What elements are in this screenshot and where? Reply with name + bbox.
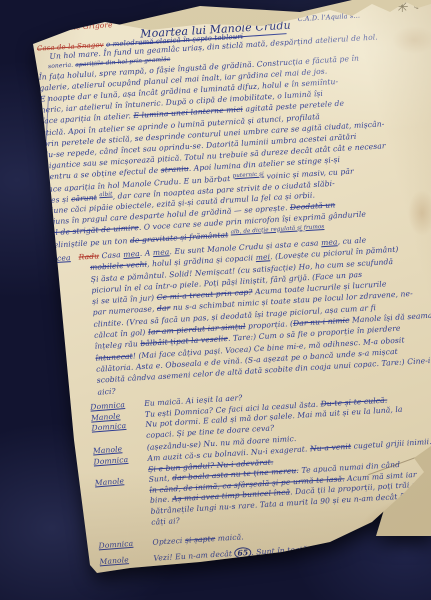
ink-text: albit [99, 191, 113, 198]
ink-text: și șapte [185, 534, 216, 545]
margin-note-2: Cu ai casei — la cca 3 zile de-le [0, 256, 12, 352]
ink-text: mea [153, 247, 170, 257]
ink-text: Nu-a venit [310, 442, 352, 453]
ink-text: bine. [150, 495, 173, 505]
ink-text: aici? [97, 386, 116, 396]
ink-text: Optzeci [152, 536, 185, 547]
ink-text: 65 [234, 547, 251, 559]
ink-text: , cu ale [337, 236, 366, 247]
voice-paragraph: VoceaRadu Casa mea. A mea. Eu sunt Manol… [47, 232, 431, 401]
margin-note-4: Muzicile: H. plecarea și Manela ( hotărâ… [19, 377, 45, 474]
stage-directions: Un hol mare. În fund un geamlâc uriaș, d… [37, 30, 428, 251]
ink-text: des și [46, 194, 72, 204]
speaker-name: Domnica [98, 537, 153, 550]
ink-text: . A [140, 248, 154, 258]
dialogue-block: DomnicaEu maică. Ai ieșit la aer?ManoleT… [90, 382, 431, 567]
manuscript-line: Optzeci și șapte maică. [152, 532, 244, 548]
ink-text: . Sunt în toată puterea. [251, 542, 343, 556]
ink-text: Deodată un [290, 200, 336, 212]
speaker-name: Manole [99, 553, 154, 566]
ink-text: înțeleg rău [95, 339, 141, 351]
handwriting-layer: Zile Grigore Casa de la Snagov o melodra… [0, 0, 431, 600]
ink-text: Vezi! Eu n-am decât [153, 549, 235, 563]
manuscript-photo: Zile Grigore Casa de la Snagov o melodra… [0, 0, 431, 600]
ink-text: Dar nu-i nimic [293, 316, 350, 328]
ink-text: puternic și [232, 171, 264, 179]
manuscript-page: Zile Grigore Casa de la Snagov o melodra… [0, 0, 431, 600]
ink-text: mea [123, 249, 140, 259]
ink-text: maică. [215, 532, 244, 543]
ink-text: Vocea [47, 253, 71, 263]
ink-text: Casa [99, 250, 124, 260]
ink-text: dar [157, 304, 171, 314]
ink-text: Sunt, [148, 474, 172, 484]
margin-note-3: ( Conflictul de bază [27, 288, 41, 348]
dialogue-text: Optzeci și șapte maică. [152, 532, 244, 548]
margin-note-1: — și o mansardă: ceva [5, 109, 19, 178]
ink-text: straniu [160, 164, 189, 175]
ink-text: soneria. [48, 62, 74, 70]
paper-stack: Zile Grigore Casa de la Snagov o melodra… [0, 0, 431, 600]
ink-text: mobilele vechi [90, 260, 148, 272]
ink-text: câți ai? [151, 516, 180, 527]
ink-text: cărunt [71, 193, 97, 204]
ink-text: întunecat [95, 351, 133, 362]
red-pencil-text: Radu [78, 251, 99, 261]
ink-text: mei [255, 253, 270, 263]
ink-text: proporția. ( [245, 319, 293, 331]
ink-text: mea [321, 237, 338, 247]
ink-text: călcat în gol) [94, 328, 148, 340]
red-pencil-note: Zile Grigore [66, 20, 113, 32]
